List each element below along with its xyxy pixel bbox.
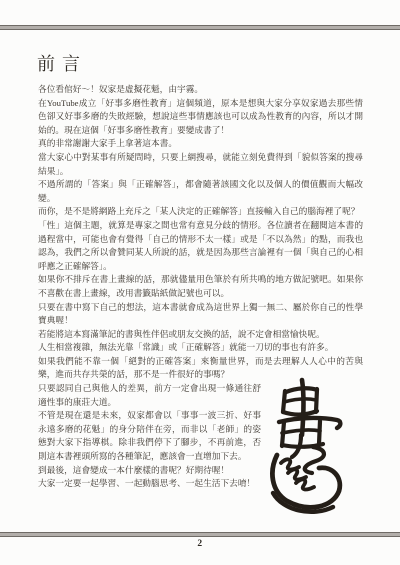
paragraph: 人生相當複雜，無法光靠「常識」或「正確解答」就能一刀切的事也有許多。: [38, 341, 363, 355]
paragraph: 而你，是不是將網路上充斥之「某人決定的正確解答」直接輸入自己的腦海裡了呢？: [38, 205, 363, 219]
paragraph: 大家一定要一起學習、一起動腦思考、一起生活下去唷！: [38, 477, 261, 491]
narrow-text-block: 只要認同自己與他人的差異，前方一定會出現一條通往舒適性事的康莊大道。 不管是現在…: [38, 382, 261, 491]
calligraphy-signature-icon: [269, 375, 347, 519]
paragraph: 當大家心中對某事有所疑問時，只要上網搜尋，就能立刻免費得到「貌似答案的搜尋結果」…: [38, 151, 363, 178]
paragraph: 若能將這本寫滿筆記的書與性伴侶或朋友交換的話，說不定會相當愉快呢。: [38, 328, 363, 342]
paragraph: 到最後，這會變成一本什麼樣的書呢？好期待喔！: [38, 464, 261, 478]
paragraph: 只要在書中寫下自己的想法，這本書就會成為這世界上獨一無二、屬於你自己的性學寶典喔…: [38, 301, 363, 328]
paragraph: 只要認同自己與他人的差異，前方一定會出現一條通往舒適性事的康莊大道。: [38, 382, 261, 409]
paragraph: 各位看倌好～！奴家是虛擬花魁，由宇霧。: [38, 83, 363, 97]
bottom-rule: [0, 532, 400, 537]
paragraph: 在YouTube成立「好事多磨性教育」這個頻道，原本是想與大家分享奴家過去那些情…: [38, 97, 363, 138]
paragraph: 不過所謂的「答案」與「正確解答」，都會隨著該國文化以及個人的價值觀而大幅改變。: [38, 178, 363, 205]
top-rule: [0, 25, 400, 30]
paragraph: 如果你不排斥在書上畫線的話，那就儘量用色筆於有所共鳴的地方做記號吧。如果你不喜歡…: [38, 273, 363, 300]
page-number: 2: [0, 539, 400, 549]
book-page: 前言 各位看倌好～！奴家是虛擬花魁，由宇霧。 在YouTube成立「好事多磨性教…: [0, 0, 400, 565]
paragraph: 不管是現在還是未來，奴家都會以「事事一波三折、好事永遠多磨的花魁」的身分陪伴在旁…: [38, 409, 261, 463]
paragraph: 「性」這個主題，就算是專家之間也常有意見分歧的情形。各位讀者在翻閱這本書的過程當…: [38, 219, 363, 273]
paragraph: 真的非常謝謝大家手上拿著這本書。: [38, 137, 363, 151]
page-title: 前言: [37, 50, 87, 76]
